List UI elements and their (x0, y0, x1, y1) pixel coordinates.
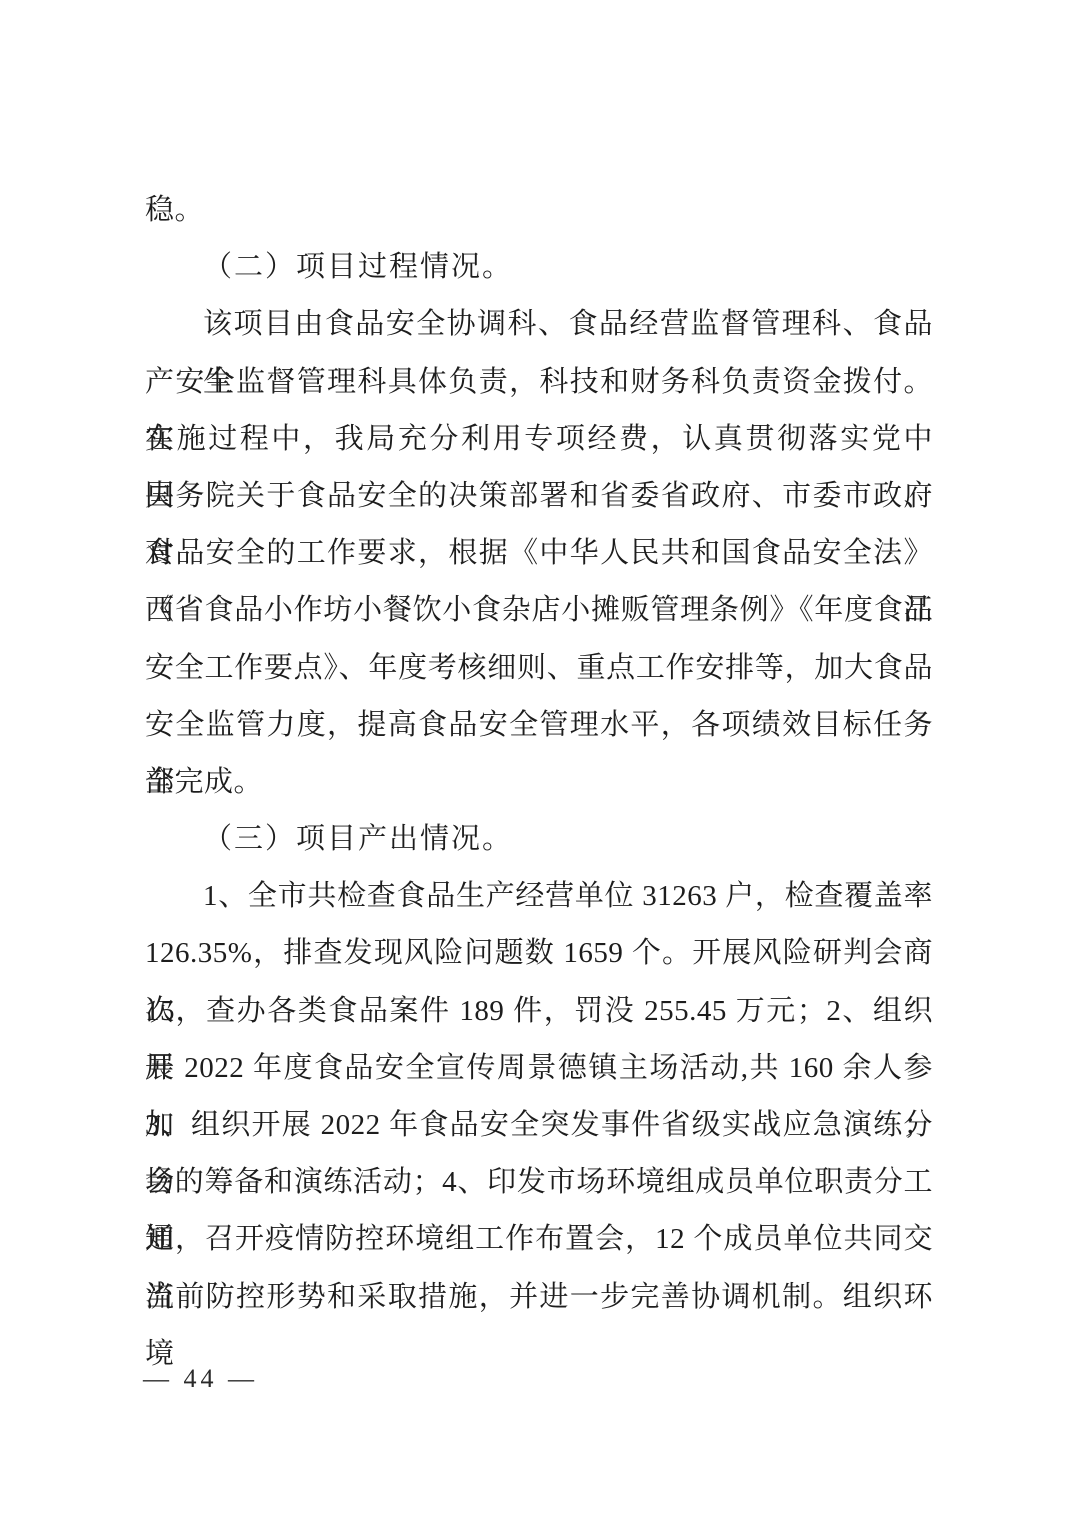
text-line: 场的筹备和演练活动；4、印发市场环境组成员单位职责分工通 (145, 1154, 933, 1211)
text-line: 部完成。 (145, 754, 933, 811)
text-line: 西省食品小作坊小餐饮小食杂店小摊贩管理条例》《年度食品 (145, 582, 933, 639)
text-line: 稳。 (145, 182, 933, 239)
text-line: 1、全市共检查食品生产经营单位 31263 户，检查覆盖率 (145, 868, 933, 925)
text-line: 食品安全的工作要求，根据《中华人民共和国食品安全法》《江 (145, 525, 933, 582)
text-line: 126.35%，排查发现风险问题数 1659 个。开展风险研判会商 15 (145, 925, 933, 982)
text-line: 国务院关于食品安全的决策部署和省委省政府、市委市政府对 (145, 468, 933, 525)
text-line: 安全工作要点》、年度考核细则、重点工作安排等，加大食品 (145, 640, 933, 697)
text-line: 产安全监督管理科具体负责，科技和财务科负责资金拨付。在 (145, 354, 933, 411)
document-page: 稳。（二）项目过程情况。该项目由食品安全协调科、食品经营监督管理科、食品生产安全… (0, 0, 1074, 1520)
text-line: 实施过程中，我局充分利用专项经费，认真贯彻落实党中央、 (145, 411, 933, 468)
text-line: 展 2022 年度食品安全宣传周景德镇主场活动,共 160 余人参加； (145, 1040, 933, 1097)
text-line: 次，查办各类食品案件 189 件，罚没 255.45 万元；2、组织开 (145, 983, 933, 1040)
text-line: 该项目由食品安全协调科、食品经营监督管理科、食品生 (145, 296, 933, 353)
text-line: 安全监管力度，提高食品安全管理水平，各项绩效目标任务全 (145, 697, 933, 754)
text-line: 当前防控形势和采取措施，并进一步完善协调机制。组织环境 (145, 1269, 933, 1326)
section-heading-line: （二）项目过程情况。 (145, 239, 933, 296)
text-line: 3、组织开展 2022 年食品安全突发事件省级实战应急演练分会 (145, 1097, 933, 1154)
section-heading-line: （三）项目产出情况。 (145, 811, 933, 868)
text-line: 知，召开疫情防控环境组工作布置会，12 个成员单位共同交流 (145, 1211, 933, 1268)
page-footer: — 44 — (143, 1364, 258, 1394)
document-body: 稳。（二）项目过程情况。该项目由食品安全协调科、食品经营监督管理科、食品生产安全… (145, 182, 933, 1326)
page-number: — 44 — (143, 1364, 258, 1393)
